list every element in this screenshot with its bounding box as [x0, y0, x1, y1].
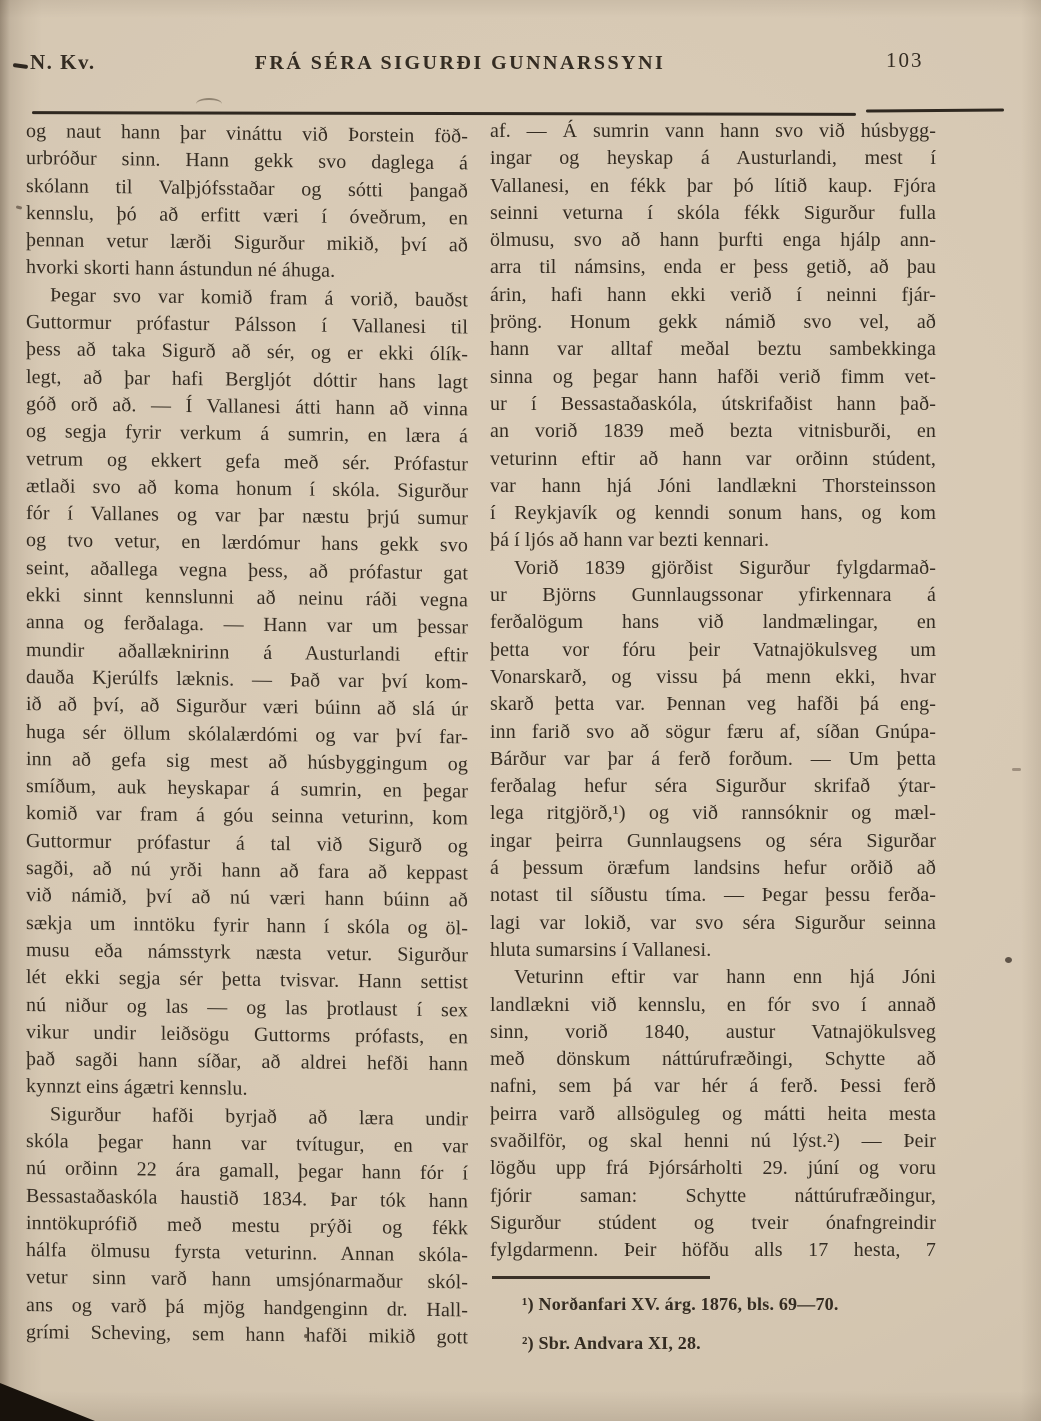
text-column-left: og naut hann þar vináttu við Þorstein fö…: [26, 118, 468, 1352]
text-line: notast til síðustu tíma. — Þegar þessu f…: [490, 882, 936, 909]
footnote-divider: [492, 1276, 710, 1279]
text-line: lögðu upp frá Þjórsárholti 29. júní og v…: [490, 1155, 936, 1182]
scan-artifact-curl: [196, 98, 222, 110]
book-page-scan: { "header": { "left_label": "N. Kv.", "t…: [0, 0, 1041, 1421]
text-column-right: af. — Á sumrin vann hann svo við húsbygg…: [490, 118, 936, 1363]
text-line: sinna og þegar hann hafði verið fimm vet…: [490, 364, 936, 391]
text-line: lagi var lokið, var svo séra Sigurður se…: [490, 910, 936, 937]
text-line: þröng. Honum gekk námið svo vel, að: [490, 309, 936, 336]
text-line: skarð þetta var. Þennan veg hafði þá eng…: [490, 691, 936, 718]
text-line: seinni veturna í skóla fékk Sigurður ful…: [490, 200, 936, 227]
scan-artifact-speck: [1005, 957, 1012, 963]
scan-artifact-speck: [304, 1334, 308, 1338]
footnote-line: ¹) Norðanfari XV. árg. 1876, bls. 69—70.: [490, 1285, 936, 1324]
text-line: Vonarskarð, og vissu þá menn ekki, hvar: [490, 664, 936, 691]
scan-artifact-speck: [1012, 768, 1021, 771]
text-line: arra til námsins, enda er þess getið, að…: [490, 254, 936, 281]
text-line: veturinn eftir að hann var orðinn stúden…: [490, 446, 936, 473]
text-line: var hann hjá Jóni landlækni Thorsteinsso…: [490, 473, 936, 500]
text-line: landlækni við kennslu, en fór svo í anna…: [490, 992, 936, 1019]
text-line: ingar og heyskap á Austurlandi, mest í: [490, 145, 936, 172]
scan-artifact-dash: [13, 63, 28, 69]
footnote-line: ²) Sbr. Andvara XI, 28.: [490, 1324, 936, 1363]
text-line: ingar þeirra Gunnlaugsens og séra Sigurð…: [490, 828, 936, 855]
text-line: Bárður var þar á ferð forðum. — Um þetta: [490, 746, 936, 773]
text-line: Veturinn eftir var hann enn hjá Jóni: [490, 964, 936, 991]
text-line: fjórir saman: Schytte náttúrufræðingur,: [490, 1183, 936, 1210]
scan-artifact-speck: [16, 205, 23, 209]
header-rule-left-segment: [32, 111, 856, 116]
text-line: sinn, vorið 1840, austur Vatnajökulsveg: [490, 1019, 936, 1046]
text-line: þetta vor fóru þeir Vatnajökulsveg um: [490, 637, 936, 664]
footnotes: ¹) Norðanfari XV. árg. 1876, bls. 69—70.…: [490, 1285, 936, 1363]
page-title: FRÁ SÉRA SIGURÐI GUNNARSSYNI: [235, 52, 685, 75]
scan-artifact-corner-tear: [0, 1383, 95, 1421]
text-line: hann var alltaf meðal beztu sambekkinga: [490, 336, 936, 363]
header-journal-abbreviation: N. Kv.: [30, 50, 96, 75]
text-line: ur Björns Gunnlaugssonar yfirkennara á: [490, 582, 936, 609]
text-line: hluta sumarsins í Vallanesi.: [490, 937, 936, 964]
text-line: ferðalögum hans við landmælingar, en: [490, 609, 936, 636]
text-line: svaðilför, og skal henni nú lýst.²) — Þe…: [490, 1128, 936, 1155]
text-line: grími Scheving, sem hann hafði mikið got…: [26, 1319, 468, 1352]
header-rule-right-segment: [866, 109, 1004, 113]
text-line: ferðalag hefur séra Sigurður skrifað ýta…: [490, 773, 936, 800]
text-line: an vorið 1839 með bezta vitnisburði, en: [490, 418, 936, 445]
text-line: lega ritgjörð,¹) og við rannsóknir og mæ…: [490, 800, 936, 827]
text-line: árin, hafi hann ekki verið í neinni fjár…: [490, 282, 936, 309]
text-line: inn farið svo að sögur færu af, síðan Gn…: [490, 719, 936, 746]
text-line: Vorið 1839 gjörðist Sigurður fylgdarmað-: [490, 555, 936, 582]
text-line: í Reykjavík og kenndi sonum hans, og kom: [490, 500, 936, 527]
text-line: Sigurður stúdent og tveir ónafngreindir: [490, 1210, 936, 1237]
text-line: á þessum öræfum landsins hefur orðið að: [490, 855, 936, 882]
text-line: af. — Á sumrin vann hann svo við húsbygg…: [490, 118, 936, 145]
text-line: fylgdarmenn. Þeir höfðu alls 17 hesta, 7: [490, 1237, 936, 1264]
text-line: ölmusu, svo að hann þurfti enga hjálp an…: [490, 227, 936, 254]
right-column-lines: af. — Á sumrin vann hann svo við húsbygg…: [490, 118, 936, 1264]
text-line: Vallanesi, en fékk þar þó lítið kaup. Fj…: [490, 173, 936, 200]
text-line: nafni, sem þá var hér á ferð. Þessi ferð: [490, 1073, 936, 1100]
text-line: þá í ljós að hann var bezti kennari.: [490, 527, 936, 554]
page-number: 103: [886, 48, 924, 73]
text-line: með dönskum náttúrufræðingi, Schytte að: [490, 1046, 936, 1073]
text-line: ur í Bessastaðaskóla, útskrifaðist hann …: [490, 391, 936, 418]
text-line: þeirra varð allsöguleg og mátti heita me…: [490, 1101, 936, 1128]
